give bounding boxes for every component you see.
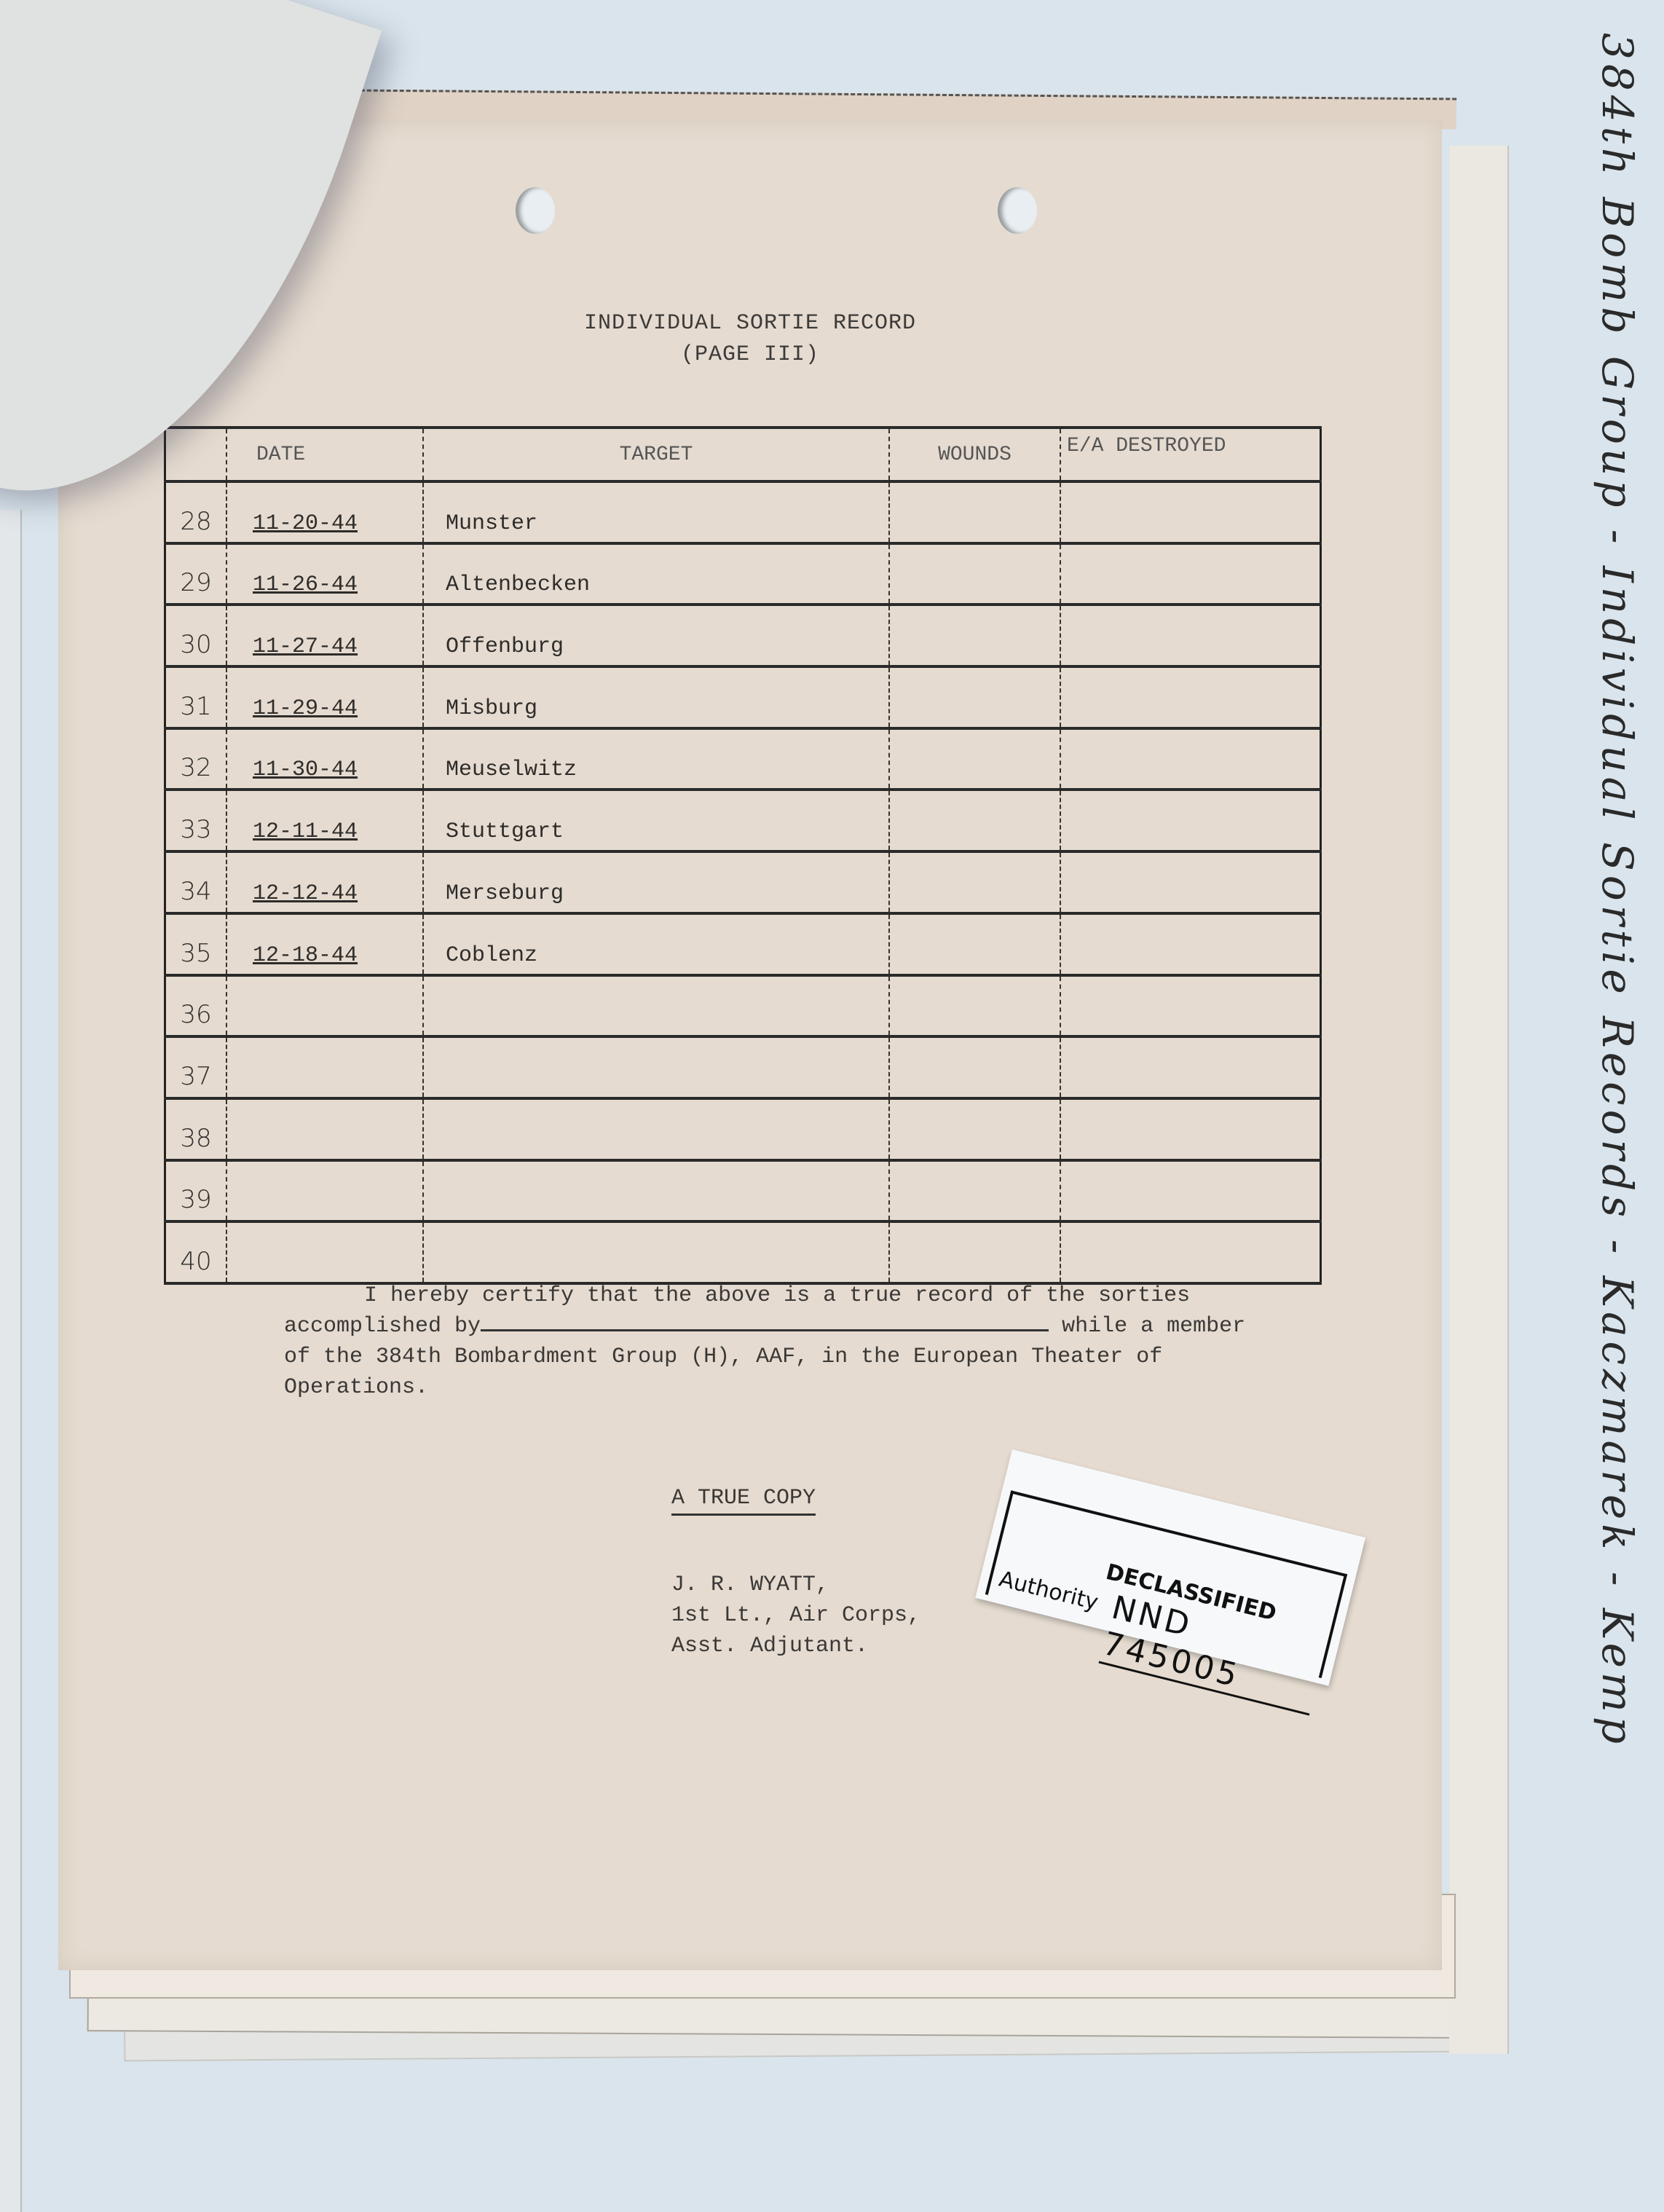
table-header: DATE TARGET WOUNDS E/A DESTROYED (164, 426, 1322, 483)
table-row: 2911-26-44Altenbecken (164, 545, 1322, 607)
row-date: 11-26-44 (226, 545, 422, 604)
table-row: 3111-29-44Misburg (164, 668, 1322, 730)
row-ea-destroyed (1060, 915, 1322, 974)
row-date: 11-29-44 (226, 668, 422, 727)
row-ea-destroyed (1060, 606, 1322, 665)
row-target (422, 1162, 888, 1221)
row-ea-destroyed (1060, 545, 1322, 604)
signature-block: J. R. WYATT, 1st Lt., Air Corps, Asst. A… (671, 1570, 920, 1661)
row-target: Offenburg (422, 606, 888, 665)
table-row: 3312-11-44Stuttgart (164, 791, 1322, 853)
background-sheet (1449, 146, 1509, 2054)
row-wounds (888, 606, 1060, 665)
sortie-table: DATE TARGET WOUNDS E/A DESTROYED 2811-20… (164, 426, 1322, 1285)
table-row: 38 (164, 1100, 1322, 1162)
document-title: INDIVIDUAL SORTIE RECORD (58, 311, 1442, 336)
row-wounds (888, 1100, 1060, 1159)
row-number: 29 (164, 545, 226, 604)
row-date: 12-11-44 (226, 791, 422, 850)
row-target: Meuselwitz (422, 730, 888, 789)
row-number: 39 (164, 1162, 226, 1221)
punch-hole-icon (998, 187, 1037, 234)
row-ea-destroyed (1060, 791, 1322, 850)
row-target (422, 1038, 888, 1097)
row-number: 30 (164, 606, 226, 665)
row-target: Stuttgart (422, 791, 888, 850)
declassified-stamp: DECLASSIFIED Authority NND 745005 (975, 1449, 1365, 1686)
row-ea-destroyed (1060, 1038, 1322, 1097)
stamp-authority-label: Authority (996, 1567, 1100, 1616)
adjacent-page-edge (0, 510, 22, 2212)
row-target: Altenbecken (422, 545, 888, 604)
row-target: Munster (422, 483, 888, 542)
row-date (226, 1038, 422, 1097)
certification-text: I hereby certify that the above is a tru… (284, 1280, 1304, 1403)
row-target (422, 1223, 888, 1282)
row-number: 35 (164, 915, 226, 974)
row-target: Misburg (422, 668, 888, 727)
row-number: 36 (164, 977, 226, 1036)
row-date: 11-27-44 (226, 606, 422, 665)
signature-name: J. R. WYATT, (671, 1570, 920, 1600)
row-date (226, 1100, 422, 1159)
true-copy-label: A TRUE COPY (671, 1486, 816, 1516)
row-wounds (888, 915, 1060, 974)
document-subtitle: (PAGE III) (58, 342, 1442, 367)
table-row: 36 (164, 977, 1322, 1039)
row-wounds (888, 791, 1060, 850)
signature-title: Asst. Adjutant. (671, 1631, 920, 1661)
table-row: 3412-12-44Merseburg (164, 853, 1322, 915)
name-blank-line (481, 1312, 1049, 1331)
cert-line-3: of the 384th Bombardment Group (H), AAF,… (284, 1342, 1304, 1372)
row-date: 12-12-44 (226, 853, 422, 912)
row-number: 38 (164, 1100, 226, 1159)
row-ea-destroyed (1060, 853, 1322, 912)
row-wounds (888, 483, 1060, 542)
cert-line-4: Operations. (284, 1372, 1304, 1403)
document-page: INDIVIDUAL SORTIE RECORD (PAGE III) DATE… (58, 120, 1442, 1970)
row-number: 37 (164, 1038, 226, 1097)
signature-rank: 1st Lt., Air Corps, (671, 1600, 920, 1631)
header-num (164, 429, 226, 480)
header-ea-destroyed: E/A DESTROYED (1060, 429, 1322, 480)
row-wounds (888, 1223, 1060, 1282)
row-date (226, 977, 422, 1036)
row-target: Merseburg (422, 853, 888, 912)
row-number: 28 (164, 483, 226, 542)
row-number: 31 (164, 668, 226, 727)
table-row: 40 (164, 1223, 1322, 1285)
row-number: 32 (164, 730, 226, 789)
table-row: 2811-20-44Munster (164, 483, 1322, 545)
cert-line-2-before: accomplished by (284, 1314, 481, 1339)
row-number: 40 (164, 1223, 226, 1282)
row-wounds (888, 853, 1060, 912)
row-ea-destroyed (1060, 1162, 1322, 1221)
table-body: 2811-20-44Munster2911-26-44Altenbecken30… (164, 483, 1322, 1285)
stamp-border: DECLASSIFIED Authority NND 745005 (985, 1490, 1347, 1678)
handwritten-note: 384th Bomb Group - Individual Sortie Rec… (1598, 33, 1642, 1748)
row-target (422, 977, 888, 1036)
row-wounds (888, 730, 1060, 789)
row-wounds (888, 977, 1060, 1036)
row-date (226, 1223, 422, 1282)
table-row: 3211-30-44Meuselwitz (164, 730, 1322, 792)
cert-line-1: I hereby certify that the above is a tru… (284, 1280, 1304, 1311)
row-ea-destroyed (1060, 1223, 1322, 1282)
row-wounds (888, 545, 1060, 604)
cert-line-2: accomplished by while a member (284, 1311, 1304, 1342)
row-date: 12-18-44 (226, 915, 422, 974)
header-wounds: WOUNDS (888, 429, 1060, 480)
cert-line-2-after: while a member (1062, 1314, 1245, 1339)
header-date: DATE (226, 429, 422, 480)
table-row: 39 (164, 1162, 1322, 1224)
row-date (226, 1162, 422, 1221)
row-ea-destroyed (1060, 668, 1322, 727)
row-target: Coblenz (422, 915, 888, 974)
row-ea-destroyed (1060, 1100, 1322, 1159)
row-wounds (888, 1038, 1060, 1097)
row-wounds (888, 668, 1060, 727)
row-number: 33 (164, 791, 226, 850)
row-date: 11-30-44 (226, 730, 422, 789)
row-number: 34 (164, 853, 226, 912)
table-row: 3011-27-44Offenburg (164, 606, 1322, 668)
row-ea-destroyed (1060, 730, 1322, 789)
punch-hole-icon (516, 187, 555, 234)
row-target (422, 1100, 888, 1159)
table-row: 3512-18-44Coblenz (164, 915, 1322, 977)
row-wounds (888, 1162, 1060, 1221)
header-target: TARGET (422, 429, 888, 480)
row-date: 11-20-44 (226, 483, 422, 542)
table-row: 37 (164, 1038, 1322, 1100)
row-ea-destroyed (1060, 483, 1322, 542)
row-ea-destroyed (1060, 977, 1322, 1036)
